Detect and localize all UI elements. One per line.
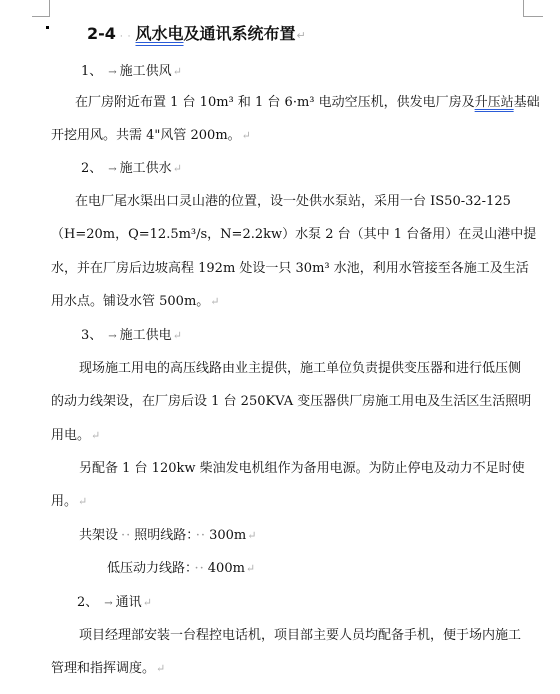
paragraph-line[interactable]: 用。↵	[51, 494, 87, 510]
wiring-prefix: 共架设	[79, 528, 118, 543]
paragraph-mark-icon: ↵	[210, 295, 219, 308]
tab-arrow-icon: →	[108, 67, 116, 78]
paragraph-line[interactable]: 用电。↵	[51, 428, 100, 444]
space-dots: ··	[121, 528, 131, 543]
paragraph-mark-icon: ↵	[173, 329, 182, 342]
paragraph-text: （H=20m，Q=12.5m³/s，N=2.2kw）水泵 2 台（其中 1 台备…	[51, 227, 536, 242]
paragraph-mark-icon: ↵	[156, 662, 165, 675]
paragraph-line[interactable]: 的动力线架设，在厂房后设 1 台 250KVA 变压器供厂房施工用电及生活区生活…	[51, 394, 531, 410]
underlined-term: 升压站	[475, 95, 514, 110]
page-corner-mark-right	[523, 0, 543, 17]
section-title: 施工供水	[120, 161, 172, 176]
paragraph-line[interactable]: 在厂房附近布置 1 台 10m³ 和 1 台 6·m³ 电动空压机，供发电厂房及…	[75, 95, 540, 111]
paragraph-mark-icon: ↵	[91, 429, 100, 442]
wiring-line-lighting[interactable]: 共架设··照明线路：··300m↵	[79, 528, 256, 544]
section-number: 1、	[81, 64, 102, 79]
wiring-value: 300m	[209, 528, 246, 543]
paragraph-text: 用。	[51, 494, 77, 509]
paragraph-line[interactable]: 现场施工用电的高压线路由业主提供，施工单位负责提供变压器和进行低压侧	[79, 361, 521, 377]
paragraph-text: 在电厂尾水渠出口灵山港的位置，设一处供水泵站，采用一台 IS50-32-125	[75, 194, 511, 209]
wiring-line-power[interactable]: 低压动力线路：··400m↵	[107, 561, 255, 577]
section-title: 施工供风	[120, 64, 172, 79]
paragraph-mark-icon: ↵	[297, 29, 306, 42]
heading-number: 2-4	[87, 24, 116, 43]
paragraph-text: 水，并在厂房后边坡高程 192m 处设一只 30m³ 水池，利用水管接至各施工及…	[51, 261, 529, 276]
paragraph-text: 另配备 1 台 120kw 柴油发电机组作为备用电源。为防止停电及动力不足时使	[79, 461, 525, 476]
section-3-heading[interactable]: 3、→施工供电↵	[81, 328, 182, 345]
paragraph-text: 基础	[514, 95, 540, 110]
paragraph-mark-icon: ↵	[247, 529, 256, 542]
paragraph-line[interactable]: 用水点。铺设水管 500m。↵	[51, 294, 220, 310]
paragraph-text: 管理和指挥调度。	[51, 661, 155, 676]
paragraph-text: 在厂房附近布置 1 台 10m³ 和 1 台 6·m³ 电动空压机，供发电厂房及	[75, 95, 475, 110]
paragraph-anchor-marker[interactable]	[46, 26, 49, 29]
paragraph-text: 用水点。铺设水管 500m。	[51, 294, 209, 309]
paragraph-text: 用电。	[51, 428, 90, 443]
section-number: 3、	[81, 328, 102, 343]
paragraph-mark-icon: ↵	[173, 65, 182, 78]
paragraph-mark-icon: ↵	[78, 495, 87, 508]
section-number: 2、	[81, 161, 102, 176]
tab-arrow-icon: →	[104, 598, 112, 609]
paragraph-line[interactable]: 水，并在厂房后边坡高程 192m 处设一只 30m³ 水池，利用水管接至各施工及…	[51, 261, 529, 277]
paragraph-text: 项目经理部安装一台程控电话机，项目部主要人员均配备手机，便于场内施工	[79, 628, 521, 643]
paragraph-mark-icon: ↵	[143, 596, 152, 609]
paragraph-line[interactable]: （H=20m，Q=12.5m³/s，N=2.2kw）水泵 2 台（其中 1 台备…	[51, 227, 536, 243]
section-title: 通讯	[116, 595, 142, 610]
paragraph-line[interactable]: 管理和指挥调度。↵	[51, 661, 165, 677]
paragraph-text: 现场施工用电的高压线路由业主提供，施工单位负责提供变压器和进行低压侧	[79, 361, 521, 376]
paragraph-mark-icon: ↵	[242, 129, 251, 142]
paragraph-line[interactable]: 另配备 1 台 120kw 柴油发电机组作为备用电源。为防止停电及动力不足时使	[79, 461, 525, 477]
heading-title-underlined: 风水电	[136, 24, 184, 43]
paragraph-line[interactable]: 在电厂尾水渠出口灵山港的位置，设一处供水泵站，采用一台 IS50-32-125	[75, 194, 511, 210]
heading-title: 及通讯系统布置	[184, 24, 296, 43]
paragraph-mark-icon: ↵	[246, 562, 255, 575]
section-heading[interactable]: 2-4· ·风水电及通讯系统布置↵	[87, 26, 306, 45]
section-number: 2、	[77, 595, 98, 610]
space-dots: ··	[196, 528, 206, 543]
tab-arrow-icon: →	[108, 331, 116, 342]
space-dots: ··	[195, 561, 205, 576]
wiring-label: 低压动力线路：	[107, 561, 192, 576]
section-4-heading[interactable]: 2、→通讯↵	[77, 595, 152, 612]
section-1-heading[interactable]: 1、→施工供风↵	[81, 64, 182, 81]
paragraph-mark-icon: ↵	[173, 162, 182, 175]
heading-space-dots: · ·	[120, 32, 132, 42]
paragraph-text: 开挖用风。共需 4"风管 200m。	[51, 128, 241, 143]
section-2-heading[interactable]: 2、→施工供水↵	[81, 161, 182, 178]
wiring-value: 400m	[208, 561, 245, 576]
page-corner-mark-left	[32, 0, 50, 17]
paragraph-line[interactable]: 开挖用风。共需 4"风管 200m。↵	[51, 128, 251, 144]
document-page: 2-4· ·风水电及通讯系统布置↵ 1、→施工供风↵ 在厂房附近布置 1 台 1…	[0, 0, 560, 694]
section-title: 施工供电	[120, 328, 172, 343]
wiring-label: 照明线路：	[134, 528, 193, 543]
tab-arrow-icon: →	[108, 164, 116, 175]
paragraph-line[interactable]: 项目经理部安装一台程控电话机，项目部主要人员均配备手机，便于场内施工	[79, 628, 521, 644]
paragraph-text: 的动力线架设，在厂房后设 1 台 250KVA 变压器供厂房施工用电及生活区生活…	[51, 394, 531, 409]
